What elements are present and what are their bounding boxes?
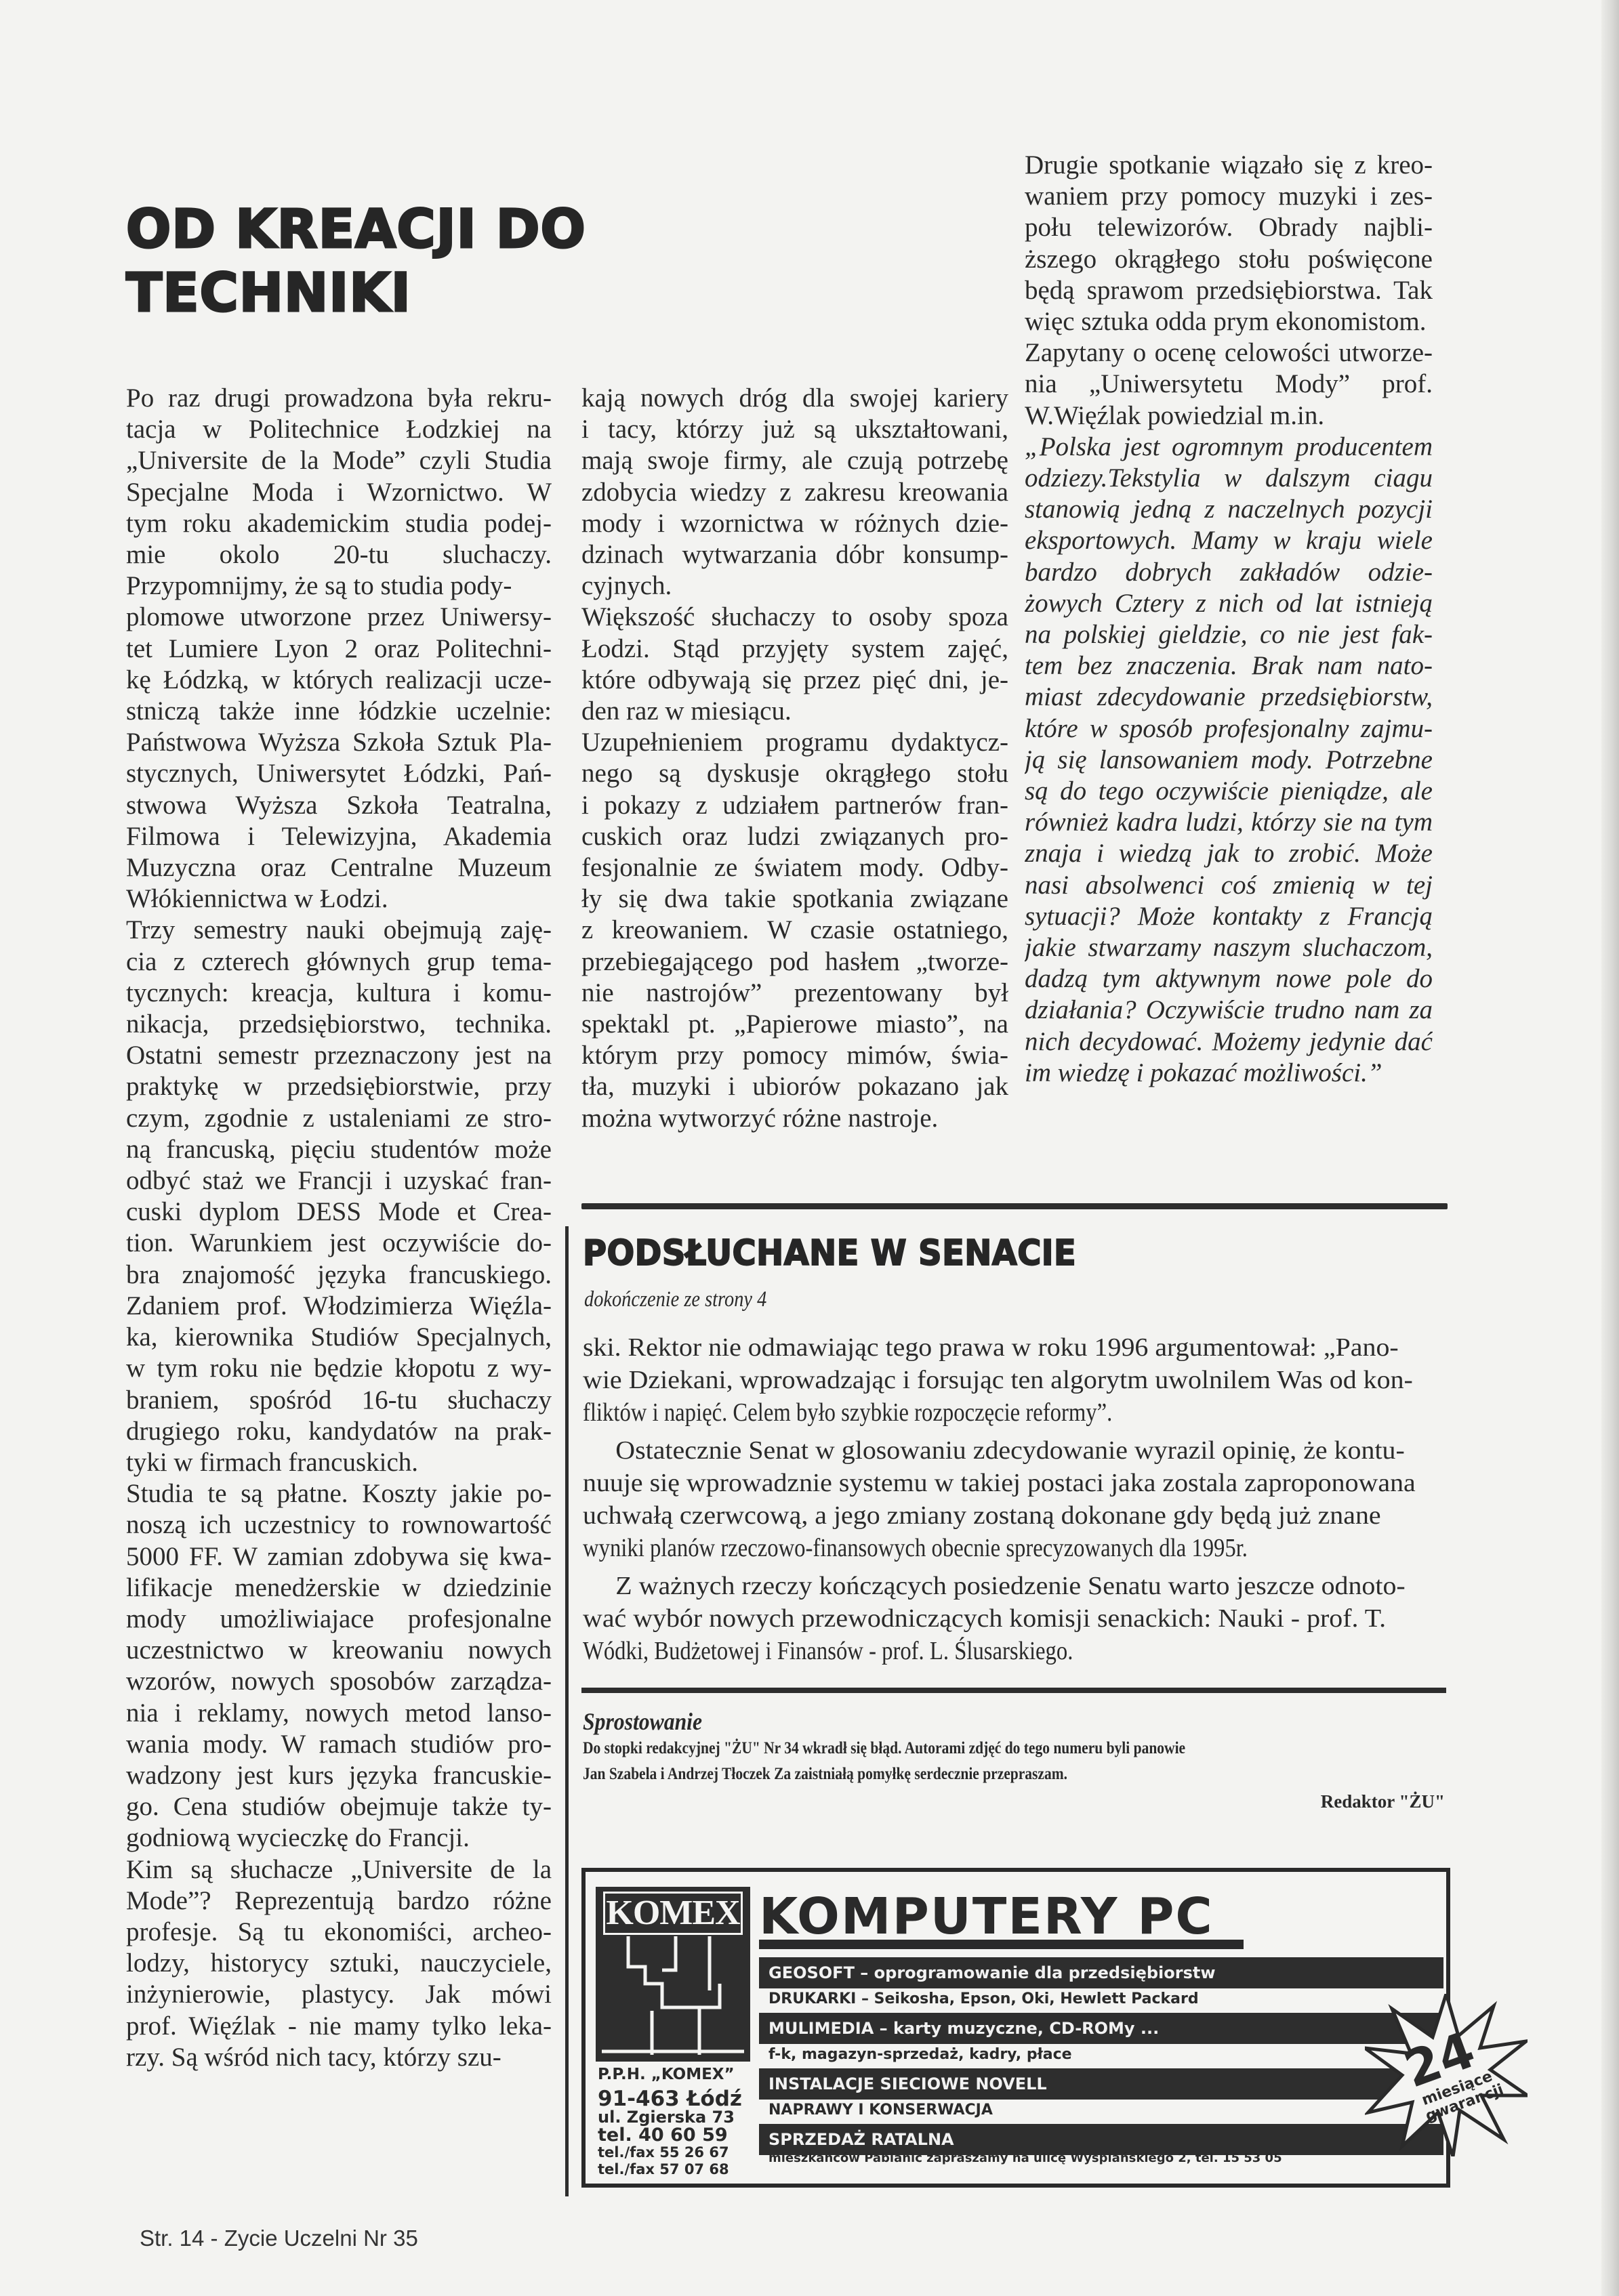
- text-line: tacja w Politechnice Łodzkiej na: [126, 414, 552, 445]
- text-line: stniczą także inne łódzkie uczelnie:: [126, 696, 552, 727]
- text-line: ższego okrągłego stołu poświęcone: [1025, 244, 1433, 275]
- ad-offer-item: DRUKARKI – Seikosha, Epson, Oki, Hewlett…: [768, 1985, 1199, 2013]
- text-line: odbyć staż we Francji i uzyskać fran-: [126, 1165, 552, 1196]
- text-line: żowych Cztery z nich od lat istnieją: [1025, 588, 1433, 619]
- text-line: jakie stwarzamy naszym sluchaczom,: [1025, 932, 1433, 963]
- ad-offer-item: GEOSOFT – oprogramowanie dla przedsiębio…: [759, 1957, 1443, 1988]
- text-line: inżynierowie, plastycy. Jak mówi: [126, 1979, 552, 2010]
- text-line: działania? Oczywiście trudno nam za: [1025, 995, 1433, 1026]
- ad-offer-item: f-k, magazyn-sprzedaż, kadry, płace: [768, 2041, 1072, 2069]
- text-line: nuuje się wprowadznie systemu w takiej p…: [583, 1467, 1488, 1499]
- text-line: tła, muzyki i ubiorów pokazano jak: [581, 1071, 1008, 1102]
- company-phone: tel. 40 60 59: [598, 2126, 751, 2144]
- text-line: nego są dyskusje okrągłego stołu: [581, 758, 1008, 789]
- article-column-left: Po raz drugi prowadzona była rekru-tacja…: [126, 383, 552, 2073]
- continuation-note: dokończenie ze strony 4: [584, 1287, 766, 1312]
- text-line: sytuacji? Może kontakty z Francją: [1025, 901, 1433, 932]
- text-line: profesje. Są tu ekonomiści, archeo-: [126, 1917, 552, 1948]
- text-line: bra znajomość języka francuskiego.: [126, 1259, 552, 1291]
- text-line: Muzyczna oraz Centralne Muzeum: [126, 852, 552, 883]
- ad-offer-item: MULIMEDIA – karty muzyczne, CD-ROMy ...: [759, 2013, 1443, 2044]
- text-line: mają swoje firmy, ale czują potrzebę: [581, 445, 1008, 476]
- company-fax: tel./fax 57 07 68: [598, 2161, 751, 2178]
- text-line: odziezy.Tekstylia w dalszym ciagu: [1025, 463, 1433, 494]
- text-line: cuskich oraz ludzi związanych pro-: [581, 821, 1008, 852]
- text-line: rzy. Są wśród nich tacy, którzy szu-: [126, 2042, 552, 2073]
- text-line: waniem przy pomocy muzyki i zes-: [1025, 181, 1433, 212]
- text-line: wania mody. W ramach studiów pro-: [126, 1729, 552, 1760]
- text-line: mody umożliwiajace profesjonalne: [126, 1604, 552, 1635]
- text-line: ski. Rektor nie odmawiając tego prawa w …: [583, 1331, 1488, 1364]
- text-line: i pokazy z udziałem partnerów fran-: [581, 790, 1008, 821]
- text-line: wadzony jest kurs języka francuskie-: [126, 1760, 552, 1791]
- text-line: nasi absolwenci coś zmienią w tej: [1025, 870, 1433, 901]
- text-line: ną francuską, pięciu studentów może: [126, 1134, 552, 1165]
- company-name: P.P.H. „KOMEX”: [598, 2066, 751, 2083]
- correction-notice: Sprostowanie Do stopki redakcyjnej "ŻU" …: [583, 1707, 1445, 1812]
- company-fax: tel./fax 55 26 67: [598, 2144, 751, 2161]
- text-line: braniem, spośród 16-tu słuchaczy: [126, 1385, 552, 1416]
- text-line: fliktów i napięć. Celem było szybkie roz…: [583, 1396, 1324, 1429]
- text-line: zdobycia wiedzy z zakresu kreowania: [581, 477, 1008, 508]
- text-line: go. Cena studiów obejmuje także ty-: [126, 1791, 552, 1822]
- text-line: plomowe utworzone przez Uniwersy-: [126, 602, 552, 633]
- text-line: nikacja, przedsiębiorstwo, technika.: [126, 1009, 552, 1040]
- text-line: z kreowaniem. W czasie ostatniego,: [581, 915, 1008, 946]
- section-divider: [581, 1203, 1448, 1209]
- text-line: wyniki planów rzeczowo-finansowych obecn…: [583, 1532, 1324, 1564]
- text-line: Filmowa i Telewizyjna, Akademia: [126, 821, 552, 852]
- company-city: 91-463 Łódź: [598, 2089, 751, 2109]
- text-line: den raz w miesiącu.: [581, 696, 1008, 727]
- text-line: lodzy, historycy sztuki, nauczyciele,: [126, 1948, 552, 1979]
- text-line: przebiegającego pod hasłem „tworze-: [581, 946, 1008, 978]
- text-line: Państwowa Wyższa Szkoła Sztuk Pla-: [126, 727, 552, 758]
- text-line: „Universite de la Mode” czyli Studia: [126, 445, 552, 476]
- text-line: Ostatecznie Senat w glosowaniu zdecydowa…: [583, 1434, 1488, 1467]
- text-line: wzorów, nowych sposobów zarządza-: [126, 1666, 552, 1697]
- text-line: Drugie spotkanie wiązało się z kreo-: [1025, 150, 1433, 181]
- text-line: uchwałą czerwcową, a jego zmiany zostaną…: [583, 1499, 1488, 1532]
- text-line: Uzupełnieniem programu dydaktycz-: [581, 727, 1008, 758]
- text-line: będą sprawom przedsiębiorstwa. Tak: [1025, 275, 1433, 306]
- text-line: i tacy, którzy już są ukształtowani,: [581, 414, 1008, 445]
- text-line: praktykę w przedsiębiorstwie, przy: [126, 1071, 552, 1102]
- page-edge-shadow: [1601, 0, 1619, 2296]
- ad-title-underline: [759, 1940, 1244, 1949]
- text-line: nia „Uniwersytetu Mody” prof.: [1025, 369, 1433, 400]
- text-line: Większość słuchaczy to osoby spoza: [581, 602, 1008, 633]
- komex-advertisement: KOMEX P.P.H. „KOMEX” 91-463 Łódź ul. Zgi…: [581, 1868, 1450, 2188]
- text-line: mie okolo 20-tu sluchaczy.: [126, 539, 552, 570]
- ad-offer-item: NAPRAWY I KONSERWACJA: [768, 2096, 993, 2125]
- warranty-starburst-icon: 24 miesiące gwarancji: [1365, 1994, 1528, 2156]
- komex-logo: KOMEX: [596, 1887, 750, 2062]
- text-line: również kadra ludzi, którzy sie na tym: [1025, 807, 1433, 838]
- logo-wordmark: KOMEX: [603, 1892, 743, 1935]
- text-line: lifikacje menedżerskie w dziedzinie: [126, 1572, 552, 1604]
- correction-signature: Redaktor "ŻU": [583, 1791, 1445, 1812]
- article-column-right: Drugie spotkanie wiązało się z kreo-wani…: [1025, 150, 1433, 1089]
- text-line: czym, zgodnie z ustaleniami ze stro-: [126, 1103, 552, 1134]
- article-column-middle: kają nowych dróg dla swojej karieryi tac…: [581, 383, 1008, 1134]
- headline-line: OD KREACJI DO: [126, 198, 586, 262]
- text-line: mody i wzornictwa w różnych dzie-: [581, 508, 1008, 539]
- text-line: są do tego oczywiście pieniądze, ale: [1025, 776, 1433, 807]
- text-line: ka, kierownika Studiów Specjalnych,: [126, 1322, 552, 1353]
- text-line: Trzy semestry nauki obejmują zaję-: [126, 915, 552, 946]
- text-line: ją się lansowaniem mody. Potrzebne: [1025, 745, 1433, 776]
- article-headline: OD KREACJI DO TECHNIKI: [126, 198, 586, 325]
- text-line: miast zdecydowanie przedsiębiorstw,: [1025, 682, 1433, 713]
- text-line: im wiedzę i pokazać możliwości.”: [1025, 1058, 1433, 1089]
- senat-paragraph: ski. Rektor nie odmawiając tego prawa w …: [583, 1331, 1445, 1429]
- page-footer: Str. 14 - Zycie Uczelni Nr 35: [140, 2226, 418, 2251]
- text-line: W.Więźlak powiedzial m.in.: [1025, 400, 1433, 432]
- headline-line: TECHNIKI: [126, 262, 586, 325]
- text-line: Kim są słuchacze „Universite de la: [126, 1854, 552, 1885]
- text-line: cia z czterech głównych grup tema-: [126, 946, 552, 978]
- text-line: Ostatni semestr przeznaczony jest na: [126, 1040, 552, 1071]
- text-line: kę Łódzką, w których realizacji ucze-: [126, 665, 552, 696]
- text-line: prof. Więźlak - nie mamy tylko leka-: [126, 2011, 552, 2042]
- text-line: ły się dwa takie spotkania związane: [581, 883, 1008, 915]
- text-line: znaja i wiedzą jak to zrobić. Może: [1025, 838, 1433, 869]
- text-line: Po raz drugi prowadzona była rekru-: [126, 383, 552, 414]
- text-line: nich decydować. Możemy jedynie dać: [1025, 1026, 1433, 1058]
- correction-title: Sprostowanie: [583, 1707, 1341, 1736]
- text-line: bardzo dobrych zakładów odzie-: [1025, 557, 1433, 588]
- text-line: Przypomnijmy, że są to studia pody-: [126, 570, 552, 602]
- text-line: wie Dziekani, wprowadzając i forsując te…: [583, 1364, 1488, 1396]
- text-line: Studia te są płatne. Koszty jakie po-: [126, 1478, 552, 1509]
- text-line: tet Lumiere Lyon 2 oraz Politechni-: [126, 633, 552, 665]
- company-street: ul. Zgierska 73: [598, 2109, 751, 2126]
- text-line: Zapytany o ocenę celowości utworze-: [1025, 337, 1433, 369]
- text-line: wać wybór nowych przewodniczących komisj…: [583, 1602, 1488, 1635]
- ad-footer-note: mieszkańców Pabianic zapraszamy na ulicę…: [768, 2151, 1282, 2165]
- text-line: cyjnych.: [581, 570, 1008, 602]
- text-line: „Polska jest ogromnym producentem: [1025, 432, 1433, 463]
- text-line: nia i reklamy, nowych metod lanso-: [126, 1698, 552, 1729]
- correction-line: Jan Szabela i Andrzej Tłoczek Za zaistni…: [583, 1761, 1324, 1787]
- text-line: które w sposób profesjonalny zajmu-: [1025, 713, 1433, 745]
- ad-offer-item: INSTALACJE SIECIOWE NOVELL: [759, 2068, 1443, 2100]
- senat-paragraph: Z ważnych rzeczy kończących posiedzenie …: [583, 1570, 1445, 1667]
- text-line: Mode”? Reprezentują bardzo różne: [126, 1885, 552, 1917]
- text-line: cuski dyplom DESS Mode et Crea-: [126, 1196, 552, 1228]
- column-rule: [565, 1226, 569, 2196]
- text-line: Specjalne Moda i Wzornictwo. W: [126, 477, 552, 508]
- text-line: tycznych: kreacja, kultura i komu-: [126, 978, 552, 1009]
- senat-headline: PODSŁUCHANE W SENACIE: [583, 1233, 1076, 1274]
- text-line: Łodzi. Stąd przyjęty system zajęć,: [581, 633, 1008, 665]
- professor-quote: „Polska jest ogromnym producentemodziezy…: [1025, 432, 1433, 1089]
- text-line: tyki w firmach francuskich.: [126, 1447, 552, 1478]
- text-line: tem bez znaczenia. Brak nam nato-: [1025, 650, 1433, 682]
- text-line: dadzą tym aktywnym nowe pole do: [1025, 963, 1433, 995]
- text-line: drugiego roku, kandydatów na prak-: [126, 1416, 552, 1447]
- text-line: uczestnictwo w kreowaniu nowych: [126, 1635, 552, 1666]
- text-line: tym roku akademickim studia podej-: [126, 508, 552, 539]
- text-line: którym przy pomocy mimów, świa-: [581, 1040, 1008, 1071]
- text-line: w tym roku nie będzie kłopotu z wy-: [126, 1353, 552, 1384]
- text-line: spektakl pt. „Papierowe miasto”, na: [581, 1009, 1008, 1040]
- text-line: Wódki, Budżetowej i Finansów - prof. L. …: [583, 1635, 1324, 1667]
- text-line: które odbywają się przez pięć dni, je-: [581, 665, 1008, 696]
- text-line: fesjonalnie ze światem mody. Odby-: [581, 852, 1008, 883]
- ad-title: KOMPUTERY PC: [759, 1892, 1437, 1941]
- senat-article-body: ski. Rektor nie odmawiając tego prawa w …: [583, 1331, 1445, 1667]
- correction-line: Do stopki redakcyjnej "ŻU" Nr 34 wkradł …: [583, 1736, 1324, 1761]
- text-line: można wytworzyć różne nastroje.: [581, 1103, 1008, 1134]
- section-divider: [581, 1688, 1446, 1693]
- company-contact: P.P.H. „KOMEX” 91-463 Łódź ul. Zgierska …: [598, 2066, 751, 2178]
- text-line: stwowa Wyższa Szkoła Teatralna,: [126, 790, 552, 821]
- text-line: Z ważnych rzeczy kończących posiedzenie …: [583, 1570, 1488, 1602]
- text-line: Zdaniem prof. Włodzimierza Więźla-: [126, 1291, 552, 1322]
- text-line: 5000 FF. W zamian zdobywa się kwa-: [126, 1541, 552, 1572]
- text-line: nie nastrojów” prezentowany był: [581, 978, 1008, 1009]
- text-line: stanowią jedną z naczelnych pozycji: [1025, 494, 1433, 525]
- text-line: Włókiennictwa w Łodzi.: [126, 883, 552, 915]
- text-line: dzinach wytwarzania dóbr konsump-: [581, 539, 1008, 570]
- text-line: noszą ich uczestnicy to rownowartość: [126, 1509, 552, 1541]
- text-line: tion. Warunkiem jest oczywiście do-: [126, 1228, 552, 1259]
- text-line: eksportowych. Mamy w kraju wiele: [1025, 525, 1433, 556]
- text-line: godniową wycieczkę do Francji.: [126, 1822, 552, 1854]
- text-line: połu telewizorów. Obrady najbli-: [1025, 212, 1433, 243]
- text-line: na polskiej gieldzie, co nie jest fak-: [1025, 619, 1433, 650]
- text-line: więc sztuka odda prym ekonomistom.: [1025, 306, 1433, 337]
- senat-paragraph: Ostatecznie Senat w glosowaniu zdecydowa…: [583, 1434, 1445, 1564]
- text-line: stycznych, Uniwersytet Łódzki, Pań-: [126, 758, 552, 789]
- text-line: kają nowych dróg dla swojej kariery: [581, 383, 1008, 414]
- right-column-text: Drugie spotkanie wiązało się z kreo-wani…: [1025, 150, 1433, 432]
